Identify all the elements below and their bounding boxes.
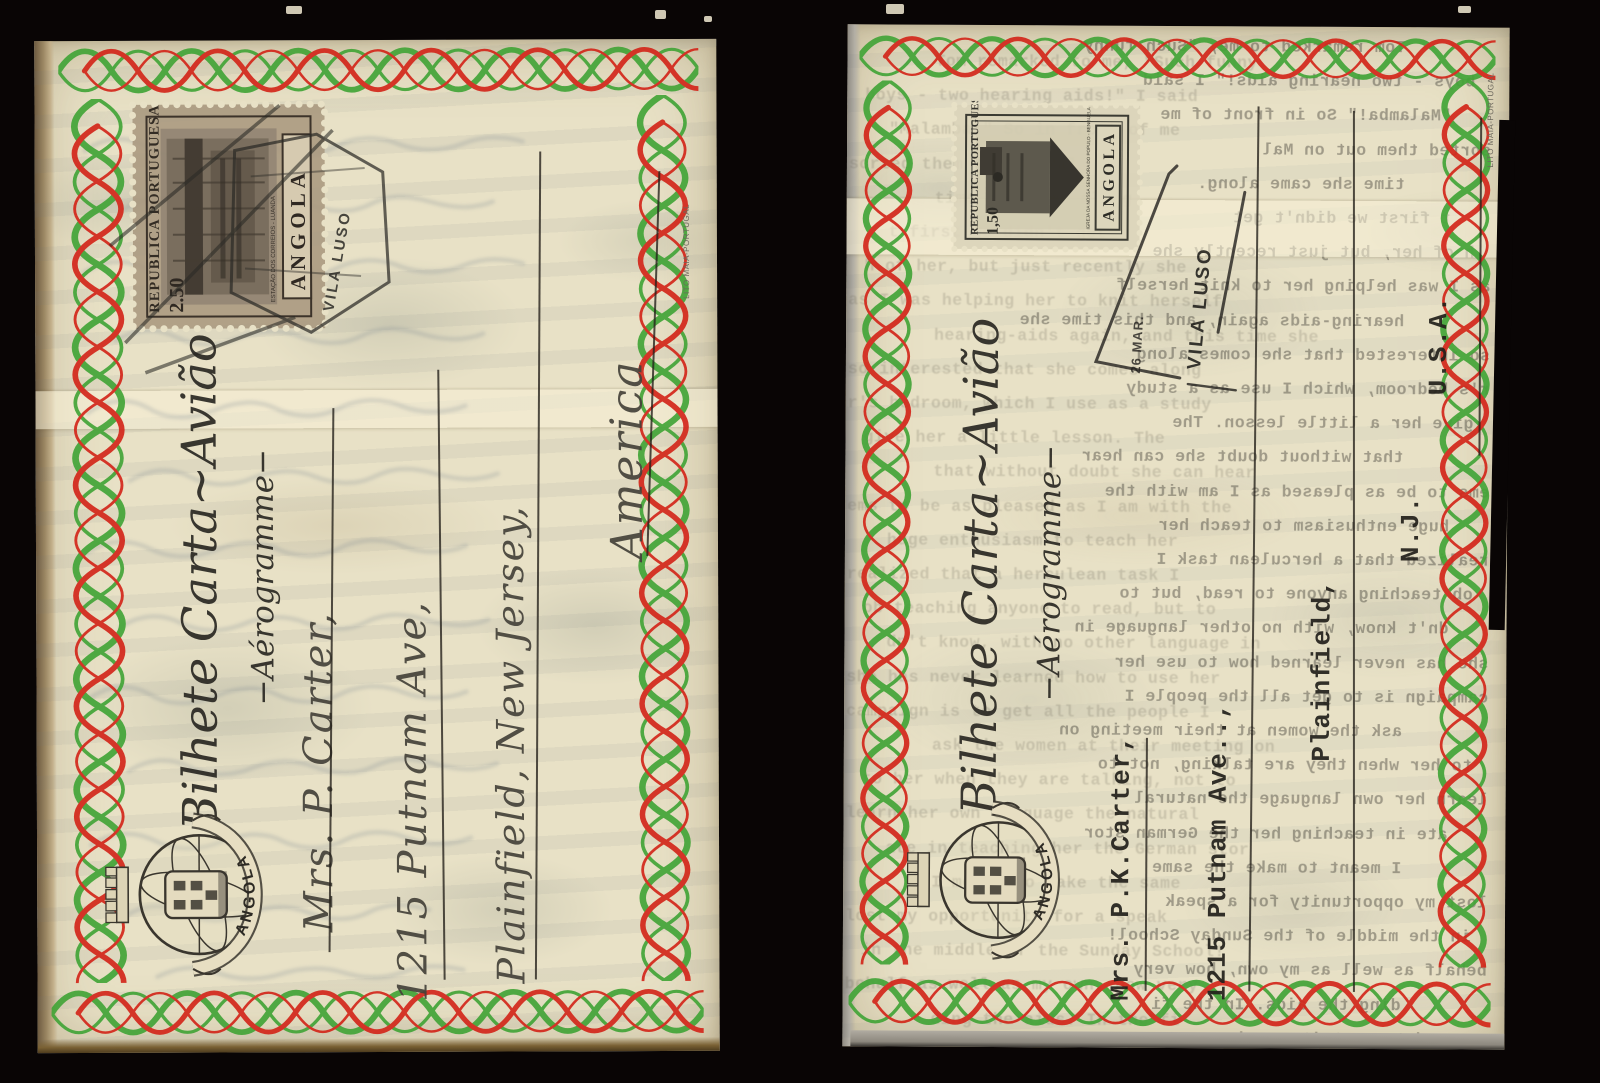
address-line-3: Plainfield, bbox=[1309, 579, 1336, 762]
address-line-5: U.S.A. bbox=[1426, 296, 1453, 396]
address-line-3: Plainfield, New Jersey, bbox=[491, 504, 531, 983]
title-script: Bilhete Carta~Avião bbox=[175, 333, 225, 831]
printer-imprint: LITO MAIA-PORTUGAL bbox=[1487, 73, 1495, 168]
stamp-country: REPUBLICA PORTUGUESA bbox=[970, 101, 982, 235]
address-line-2: 1215 Putnam Ave, bbox=[392, 600, 433, 1002]
scan-background: REPUBLICA PORTUGUESA 2.50 ESTAÇÃO DOS CO… bbox=[0, 0, 1600, 1083]
address-line-1: Mrs. P.K.Carter, bbox=[1108, 735, 1135, 1001]
title-script: Bilhete Carta~Avião bbox=[956, 317, 1007, 815]
postmark-hexagon bbox=[231, 134, 390, 333]
printer-imprint: LITO MAIA-PORTUGAL bbox=[683, 204, 691, 299]
paper-speck bbox=[286, 6, 302, 14]
address-line-4: N.J. bbox=[1398, 496, 1424, 563]
right-aerogramme: Tom remarked to me, "Such funnyboys - tw… bbox=[842, 24, 1509, 1049]
address-line-4: America bbox=[605, 360, 650, 560]
address-rule bbox=[1353, 111, 1355, 992]
paper-speck bbox=[886, 4, 904, 14]
coat-of-arms: ANGOLA bbox=[895, 777, 1102, 984]
left-aerogramme: REPUBLICA PORTUGUESA 2.50 ESTAÇÃO DOS CO… bbox=[34, 39, 720, 1053]
subtitle-script: −Aérogramme− bbox=[1034, 445, 1066, 702]
paper-speck bbox=[704, 16, 712, 22]
postmark: VILA LUSO bbox=[64, 80, 425, 391]
left-aerogramme-bottom-edge bbox=[38, 1037, 720, 1053]
crest-shield bbox=[965, 857, 1025, 903]
paper-sliver-edge bbox=[850, 1030, 1504, 1049]
border-ribbon-right bbox=[1431, 79, 1498, 967]
postmark-town: VILA LUSO bbox=[320, 209, 354, 312]
crest-crown bbox=[106, 867, 128, 922]
address-line-2: 1215 Putnam Ave.., bbox=[1205, 702, 1233, 1001]
border-ribbon-top bbox=[859, 30, 1495, 85]
paper-speck bbox=[655, 10, 666, 19]
postmark: 26 MAR. VILA LUSO bbox=[1076, 145, 1297, 406]
postmark-date: 26 MAR. bbox=[1128, 315, 1146, 374]
crest-shield bbox=[165, 871, 227, 918]
postmark-town: VILA LUSO bbox=[1184, 246, 1216, 371]
coat-of-arms: ANGOLA bbox=[93, 788, 306, 1001]
crest-crown bbox=[907, 853, 929, 907]
stamp-value: 1,50 bbox=[985, 207, 1002, 235]
paper-speck bbox=[1458, 6, 1471, 13]
subtitle-script: −Aérogramme− bbox=[248, 449, 280, 706]
